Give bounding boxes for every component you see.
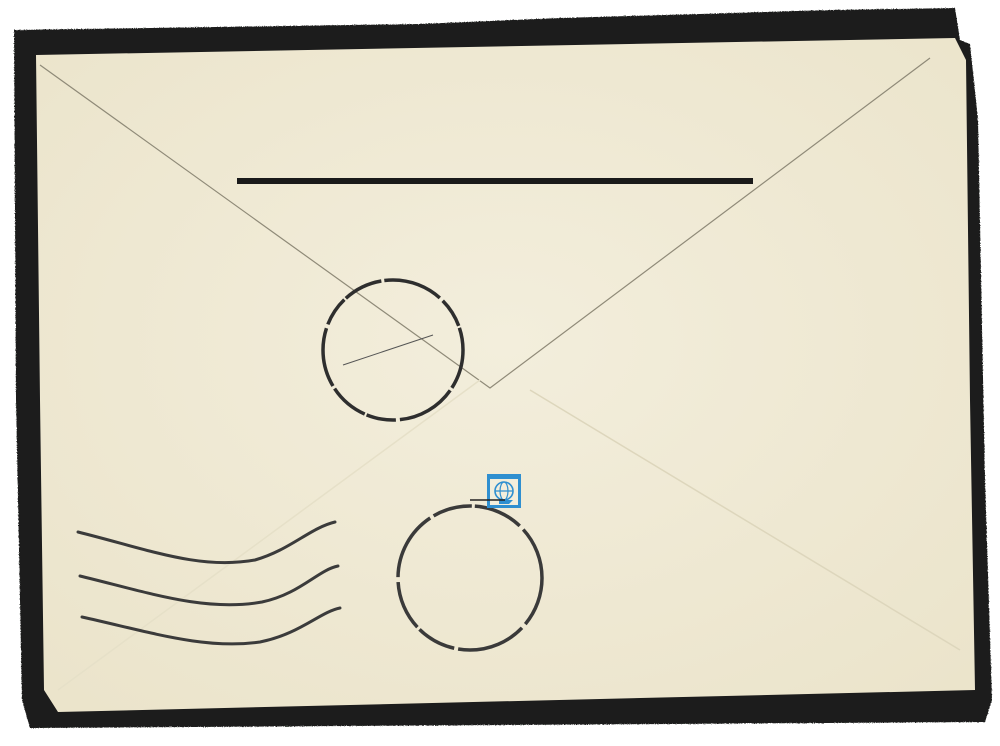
envelope-graphic xyxy=(0,0,1000,746)
envelope-paper xyxy=(36,38,975,712)
envelope-scan xyxy=(0,0,1000,746)
globe-mail-logo-icon xyxy=(487,474,521,508)
